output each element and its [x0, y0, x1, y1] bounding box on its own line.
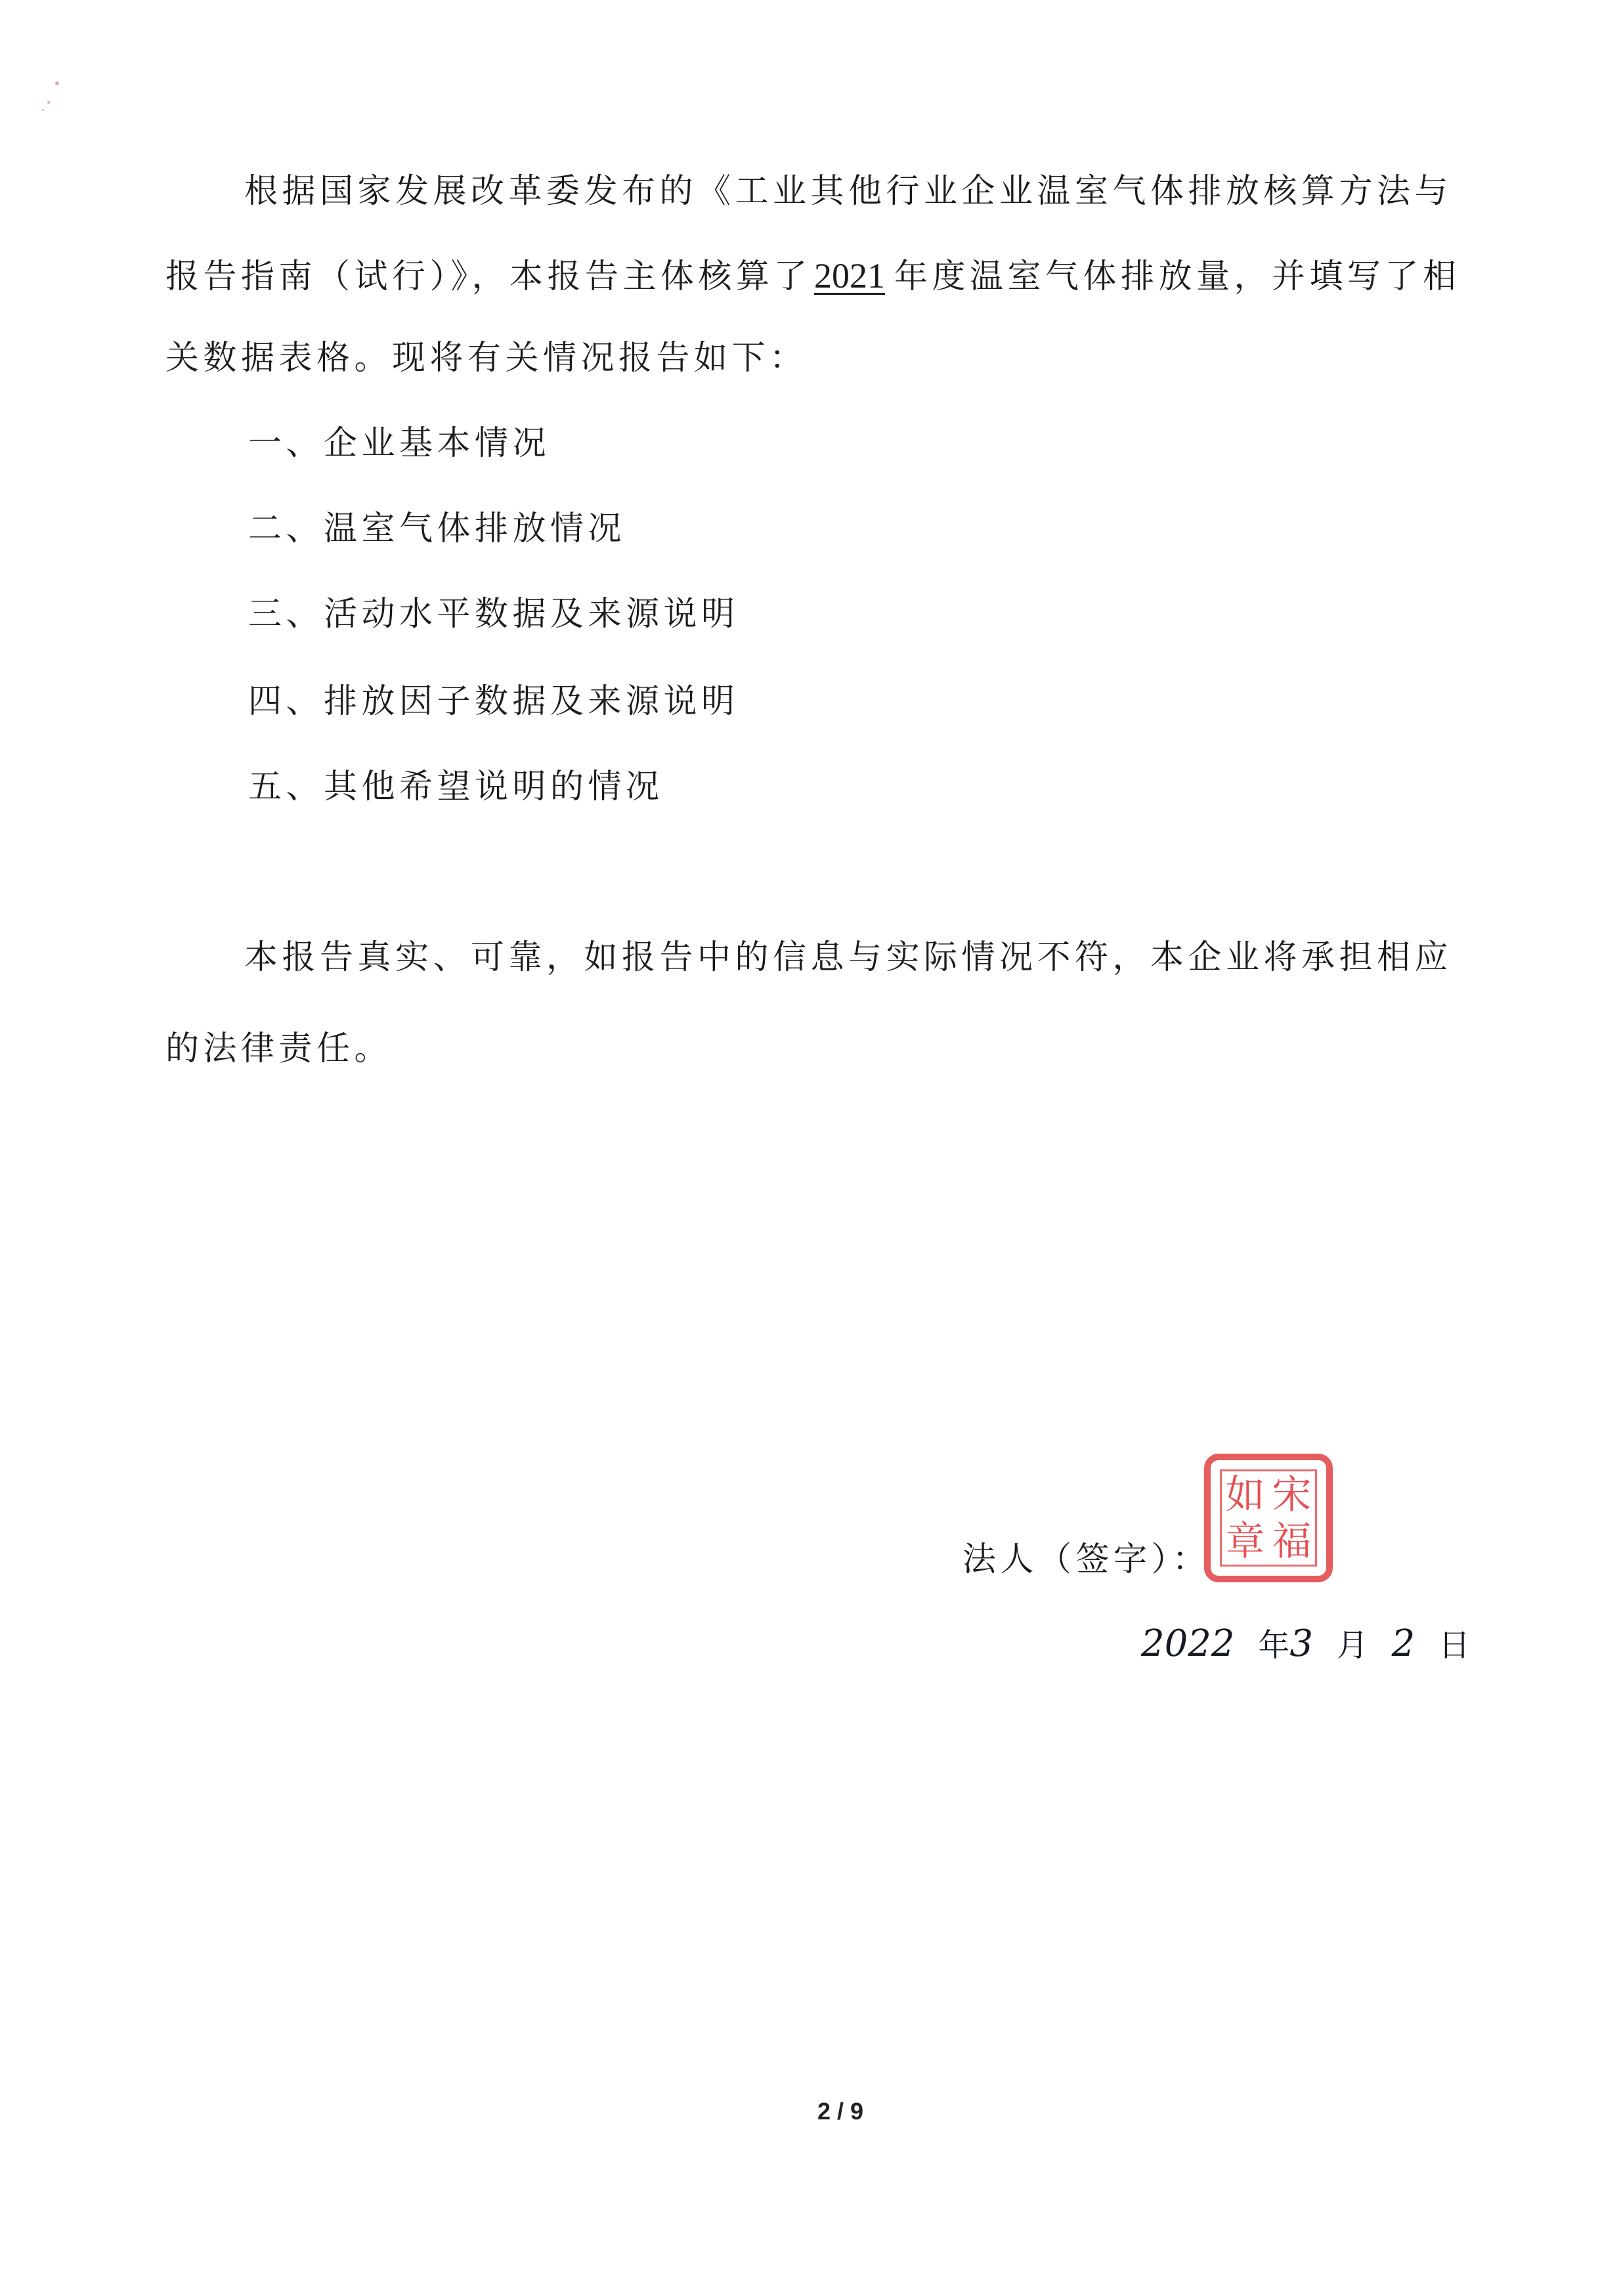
seal-char: 宋	[1268, 1471, 1315, 1518]
date-day-unit: 日	[1438, 1627, 1470, 1664]
page-number: 2 / 9	[775, 2098, 906, 2125]
scan-speck	[47, 101, 50, 104]
personal-seal-stamp: 如 宋 章 福	[1204, 1454, 1333, 1582]
intro-line-2-end: 年度温室气体排放量，并填写了相	[894, 257, 1461, 296]
intro-line-2: 报告指南（试行）》，本报告主体核算了2021年度温室气体排放量，并填写了相	[165, 256, 1461, 297]
section-item-2: 二、温室气体排放情况	[248, 509, 626, 549]
declaration-line-1: 本报告真实、可靠，如报告中的信息与实际情况不符，本企业将承担相应	[244, 938, 1452, 978]
date-year-unit: 年	[1258, 1627, 1289, 1664]
intro-line-1: 根据国家发展改革委发布的《工业其他行业企业温室气体排放核算方法与	[244, 172, 1452, 211]
seal-inner-frame: 如 宋 章 福	[1220, 1469, 1317, 1567]
date-year: 2022	[1141, 1622, 1235, 1665]
date-day: 2	[1392, 1622, 1416, 1665]
scan-speck	[55, 81, 59, 85]
seal-char: 如	[1222, 1471, 1268, 1518]
section-item-1: 一、企业基本情况	[248, 424, 550, 464]
declaration-line-2: 的法律责任。	[165, 1029, 392, 1069]
reporting-year-field: 2021	[811, 256, 894, 295]
intro-line-3: 关数据表格。现将有关情况报告如下：	[165, 339, 808, 378]
date-month: 3	[1289, 1622, 1313, 1665]
date-month-unit: 月	[1337, 1627, 1368, 1664]
legal-representative-label: 法人（签字）：	[962, 1540, 1210, 1580]
section-item-5: 五、其他希望说明的情况	[248, 768, 664, 807]
signing-date: 2022 年3 月 2 日	[1141, 1623, 1470, 1666]
seal-char: 福	[1268, 1518, 1315, 1565]
document-page: 根据国家发展改革委发布的《工业其他行业企业温室气体排放核算方法与 报告指南（试行…	[0, 0, 1621, 2296]
section-item-4: 四、排放因子数据及来源说明	[248, 682, 739, 722]
intro-line-2-start: 报告指南（试行）》，本报告主体核算了	[165, 257, 811, 296]
section-item-3: 三、活动水平数据及来源说明	[248, 595, 739, 634]
scan-speck	[42, 109, 44, 111]
seal-char: 章	[1222, 1518, 1268, 1565]
